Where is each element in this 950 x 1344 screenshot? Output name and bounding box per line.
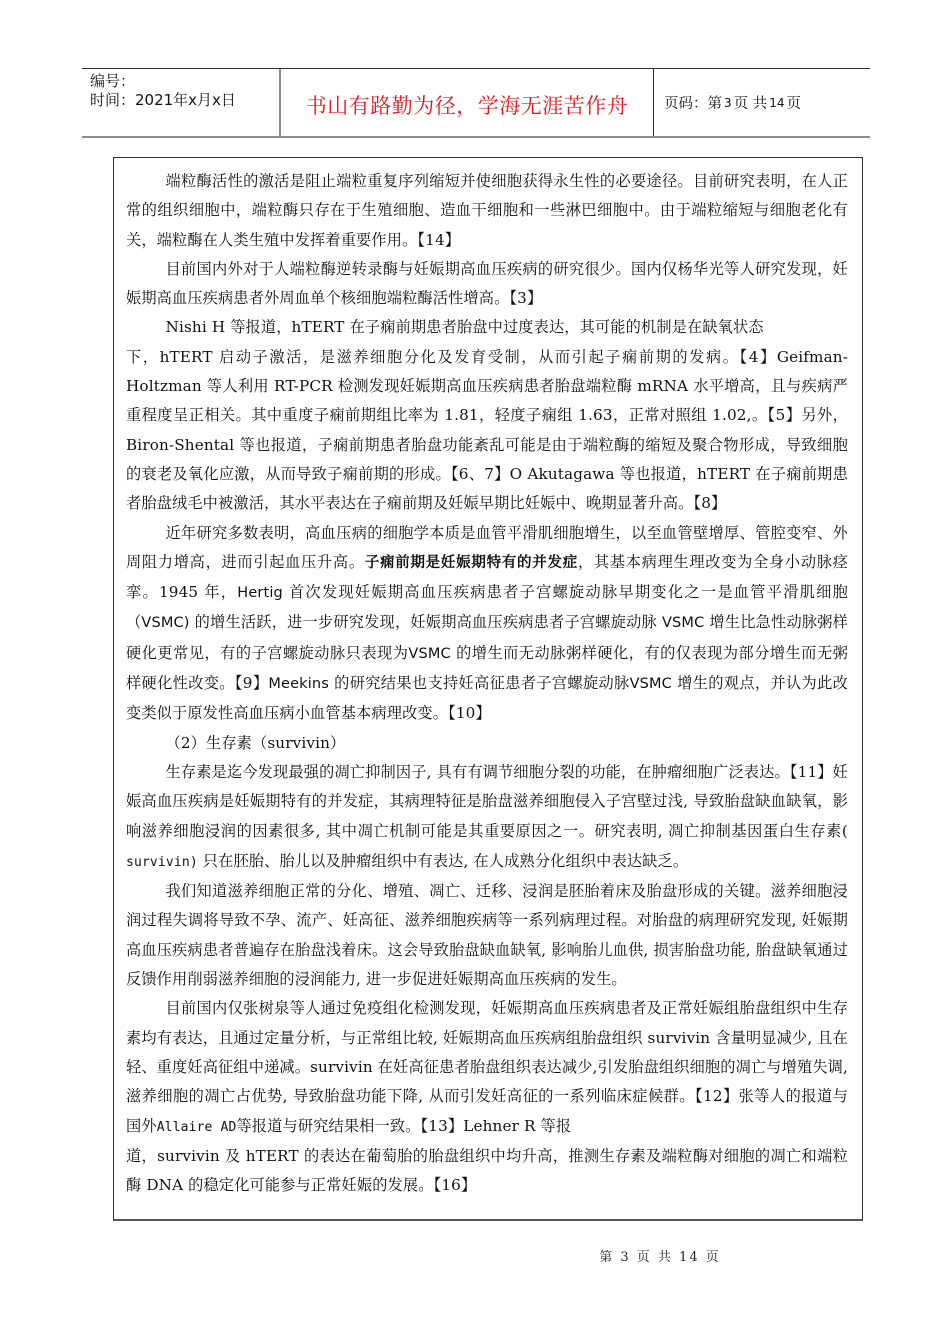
paragraph-vsmc: 近年研究多数表明，高血压病的细胞学本质是血管平滑肌细胞增生，以至血管壁增厚、管腔…: [126, 519, 848, 729]
document-body: 端粒酶活性的激活是阻止端粒重复序列缩短并使细胞获得永生性的必要途径。目前研究表明…: [113, 157, 863, 1221]
page-number: 页码：第 3 页 共 14 页: [654, 69, 870, 136]
motto: 书山有路勤为径，学海无涯苦作舟: [281, 69, 654, 136]
section-heading-survivin: （2）生存素（survivin）: [126, 729, 848, 758]
term-vsmc: VSMC): [141, 615, 189, 631]
paragraph-domestic-research: 目前国内外对于人端粒酶逆转录酶与妊娠期高血压疾病的研究很少。国内仅杨华光等人研究…: [126, 255, 848, 314]
paragraph-zhang: 目前国内仅张树泉等人通过免疫组化检测发现，妊娠期高血压疾病患者及正常妊娠组胎盘组…: [126, 994, 848, 1141]
paragraph-telomerase: 端粒酶活性的激活是阻止端粒重复序列缩短并使细胞获得永生性的必要途径。目前研究表明…: [126, 167, 848, 255]
term-survivin: survivin): [126, 855, 198, 870]
bold-phrase: 子痫前期是妊娠期特有的并发症: [365, 555, 578, 571]
name-meekins: Meekins: [268, 676, 329, 692]
term-vsmc: VSMC: [662, 615, 704, 631]
header-meta: 编号： 时间：2021年x月x日: [82, 69, 281, 136]
term-vsmc: VSMC: [408, 646, 450, 662]
page-header: 编号： 时间：2021年x月x日 书山有路勤为径，学海无涯苦作舟 页码：第 3 …: [82, 68, 870, 138]
text-run: 的增生活跃，进一步研究发现，妊娠期高血压疾病患者子宫螺旋动脉: [190, 613, 662, 631]
time-label: 时间：2021年x月x日: [90, 91, 279, 110]
text-run: 目前国内仅张树泉等人通过免疫组化检测发现，妊娠期高血压疾病患者及正常妊娠组胎盘组…: [126, 999, 848, 1134]
paragraph-nishi: Nishi H 等报道，hTERT 在子痫前期患者胎盘中过度表达，其可能的机制是…: [126, 313, 848, 342]
paragraph-survivin: 生存素是迄今发现最强的凋亡抑制因子, 具有有调节细胞分裂的功能，在肿瘤细胞广泛表…: [126, 758, 848, 877]
text-run: 只在胚胎、胎儿以及肿瘤组织中有表达, 在人成熟分化组织中表达缺乏。: [198, 852, 688, 870]
page-total: 14: [769, 96, 784, 110]
serial-label: 编号：: [90, 72, 279, 91]
page-mid: 页 共: [734, 92, 768, 113]
name-hertig: Hertig: [237, 585, 283, 601]
text-run: 的研究结果也支持妊高征患者子宫螺旋动脉: [329, 674, 630, 692]
page-current: 3: [724, 96, 732, 110]
paragraph-trophoblast: 我们知道滋养细胞正常的分化、增殖、凋亡、迁移、浸润是胚胎着床及胎盘形成的关键。滋…: [126, 877, 848, 994]
name-allaire: Allaire AD: [157, 1120, 237, 1135]
term-vsmc: VSMC: [630, 676, 672, 692]
paragraph-lehner-cont: 道，survivin 及 hTERT 的表达在葡萄胎的胎盘组织中均升高，推测生存…: [126, 1142, 848, 1201]
text-run: 生存素是迄今发现最强的凋亡抑制因子, 具有有调节细胞分裂的功能，在肿瘤细胞广泛表…: [126, 763, 848, 840]
page-prefix: 页码：第: [664, 92, 722, 113]
page-footer: 第 3 页 共 14 页: [0, 1246, 950, 1265]
text-run: 等报道与研究结果相一致。【13】Lehner R 等报: [236, 1117, 571, 1135]
paragraph-nishi-cont: 下，hTERT 启动子激活，是滋养细胞分化及发育受制，从而引起子痫前期的发病。【…: [126, 343, 848, 519]
page-suffix: 页: [787, 92, 802, 113]
